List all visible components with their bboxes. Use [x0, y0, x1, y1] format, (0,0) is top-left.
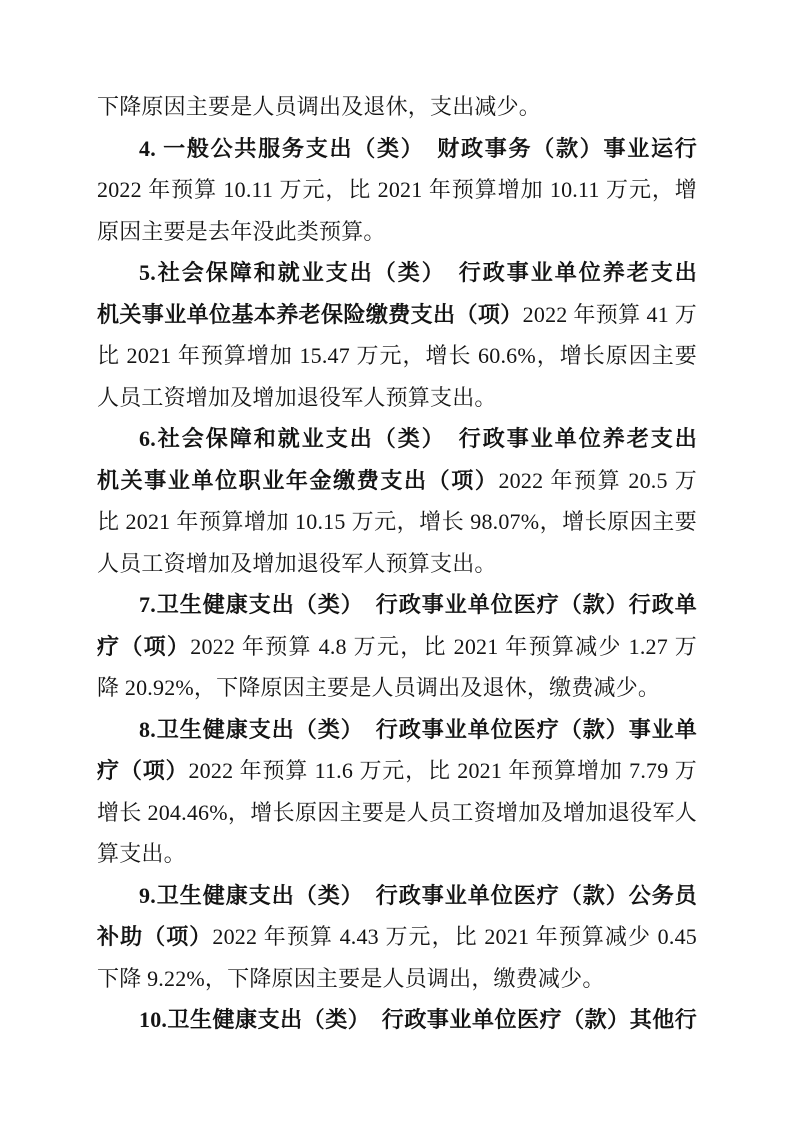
item-6-text-line-2: 比 2021 年预算增加 10.15 万元，增长 98.07%，增长原因主要是	[97, 501, 697, 543]
para-prev-continuation-line: 下降原因主要是人员调出及退休，支出减少。	[97, 86, 697, 128]
item-9-heading-line: 9.卫生健康支出（类） 行政事业单位医疗（款）公务员医疗	[97, 875, 697, 917]
item-5-text-line-3: 人员工资增加及增加退役军人预算支出。	[97, 377, 697, 419]
heading-segment: 8.卫生健康支出（类） 行政事业单位医疗（款）事业单位医	[97, 717, 697, 751]
item-7-heading-line: 7.卫生健康支出（类） 行政事业单位医疗（款）行政单位医	[97, 584, 697, 626]
item-8-heading-line: 8.卫生健康支出（类） 行政事业单位医疗（款）事业单位医	[97, 709, 697, 751]
item-9-text-line-1: 补助（项）2022 年预算 4.43 万元，比 2021 年预算减少 0.45 …	[97, 916, 697, 958]
heading-segment: 7.卫生健康支出（类） 行政事业单位医疗（款）行政单位医	[97, 592, 697, 626]
heading-segment: 4. 一般公共服务支出（类） 财政事务（款）事业运行（项）	[97, 136, 697, 170]
heading-segment: 6.社会保障和就业支出（类） 行政事业单位养老支出（款）	[97, 426, 697, 460]
item-6-heading-line: 6.社会保障和就业支出（类） 行政事业单位养老支出（款）	[97, 418, 697, 460]
item-5-text-line-1: 机关事业单位基本养老保险缴费支出（项）2022 年预算 41 万元，	[97, 294, 697, 336]
document-page: 下降原因主要是人员调出及退休，支出减少。 4. 一般公共服务支出（类） 财政事务…	[0, 0, 793, 1122]
document-body: 下降原因主要是人员调出及退休，支出减少。 4. 一般公共服务支出（类） 财政事务…	[97, 86, 697, 1041]
heading-segment: 机关事业单位基本养老保险缴费支出（项）	[97, 302, 523, 327]
item-8-text-line-1: 疗（项）2022 年预算 11.6 万元，比 2021 年预算增加 7.79 万…	[97, 750, 697, 792]
body-segment: 算支出。	[97, 841, 186, 866]
body-segment: 增长 204.46%，增长原因主要是人员工资增加及增加退役军人预	[97, 800, 697, 834]
heading-segment: 9.卫生健康支出（类） 行政事业单位医疗（款）公务员医疗	[97, 883, 697, 917]
item-6-text-line-3: 人员工资增加及增加退役军人预算支出。	[97, 543, 697, 585]
item-8-text-line-3: 算支出。	[97, 833, 697, 875]
item-7-text-line-2: 降 20.92%，下降原因主要是人员调出及退休，缴费减少。	[97, 667, 697, 709]
heading-segment: 5.社会保障和就业支出（类） 行政事业单位养老支出（款）	[97, 260, 697, 294]
item-9-text-line-2: 下降 9.22%，下降原因主要是人员调出，缴费减少。	[97, 958, 697, 1000]
item-8-text-line-2: 增长 204.46%，增长原因主要是人员工资增加及增加退役军人预	[97, 792, 697, 834]
item-7-text-line-1: 疗（项）2022 年预算 4.8 万元，比 2021 年预算减少 1.27 万元…	[97, 626, 697, 668]
item-4-text-line-1: 2022 年预算 10.11 万元，比 2021 年预算增加 10.11 万元，…	[97, 169, 697, 211]
item-4-text-line-2: 原因主要是去年没此类预算。	[97, 211, 697, 253]
heading-segment: 机关事业单位职业年金缴费支出（项）	[97, 468, 498, 493]
body-segment: 下降 9.22%，下降原因主要是人员调出，缴费减少。	[97, 966, 605, 991]
body-segment: 原因主要是去年没此类预算。	[97, 219, 386, 244]
body-segment: 降 20.92%，下降原因主要是人员调出及退休，缴费减少。	[97, 675, 660, 700]
body-segment: 人员工资增加及增加退役军人预算支出。	[97, 385, 497, 410]
body-segment: 比 2021 年预算增加 10.15 万元，增长 98.07%，增长原因主要是	[97, 509, 697, 543]
heading-segment: 补助（项）	[97, 924, 212, 949]
body-segment: 人员工资增加及增加退役军人预算支出。	[97, 551, 497, 576]
heading-segment: 疗（项）	[97, 758, 188, 783]
item-5-heading-line: 5.社会保障和就业支出（类） 行政事业单位养老支出（款）	[97, 252, 697, 294]
heading-segment: 疗（项）	[97, 634, 190, 659]
body-segment: 2022 年预算 10.11 万元，比 2021 年预算增加 10.11 万元，…	[97, 177, 697, 211]
body-segment: 比 2021 年预算增加 15.47 万元，增长 60.6%，增长原因主要是	[97, 343, 697, 377]
heading-segment: 10.卫生健康支出（类） 行政事业单位医疗（款）其他行政事	[97, 1007, 697, 1041]
item-5-text-line-2: 比 2021 年预算增加 15.47 万元，增长 60.6%，增长原因主要是	[97, 335, 697, 377]
item-6-text-line-1: 机关事业单位职业年金缴费支出（项）2022 年预算 20.5 万元，	[97, 460, 697, 502]
item-4-heading-line: 4. 一般公共服务支出（类） 财政事务（款）事业运行（项）	[97, 128, 697, 170]
body-segment: 下降原因主要是人员调出及退休，支出减少。	[97, 94, 541, 119]
item-10-heading-line: 10.卫生健康支出（类） 行政事业单位医疗（款）其他行政事	[97, 999, 697, 1041]
